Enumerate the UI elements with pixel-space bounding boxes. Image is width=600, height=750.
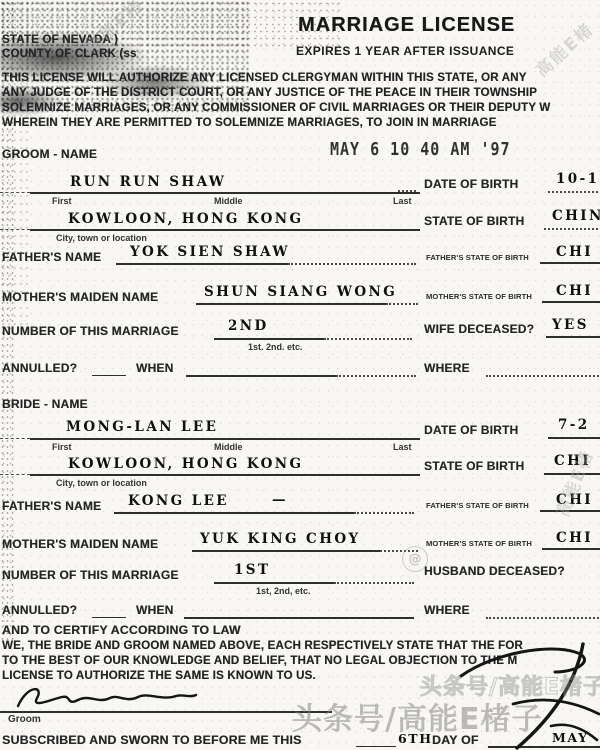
groom-city-value: KOWLOON, HONG KONG [68, 211, 303, 228]
bride-dob-label: DATE OF BIRTH [424, 423, 518, 437]
groom-mother-value: SHUN SIANG WONG [204, 284, 397, 301]
bride-section-label: BRIDE - NAME [2, 397, 88, 411]
groom-state-label: STATE OF BIRTH [424, 214, 524, 228]
bride-father-value: KONG LEE [128, 493, 229, 510]
sworn-day-value: 6TH [398, 731, 433, 746]
sworn-statement-text: SUBSCRIBED AND SWORN TO BEFORE ME THIS [2, 733, 301, 747]
groom-father-state-label: FATHER'S STATE OF BIRTH [426, 253, 529, 262]
groom-signature-label: Groom [8, 714, 41, 725]
certify-heading: AND TO CERTIFY ACCORDING TO LAW [2, 623, 241, 637]
wife-deceased-value: YES [552, 317, 589, 334]
expires-subtitle: EXPIRES 1 YEAR AFTER ISSUANCE [296, 44, 514, 58]
bride-signature [455, 642, 600, 750]
groom-where-label: WHERE [424, 361, 470, 375]
bride-where-label: WHERE [424, 603, 470, 617]
state-of-nevada-line: STATE OF NEVADA ) [2, 34, 118, 46]
authorization-line: THIS LICENSE WILL AUTHORIZE ANY LICENSED… [2, 70, 527, 85]
bride-last-sublabel: Last [393, 442, 412, 452]
bride-city-sublabel: City, town or location [56, 478, 147, 488]
groom-mother-state-value: CHI [556, 283, 593, 300]
marriage-license-document: @ @ 高能E楮 高能E楮 高能E楮 STATE OF NEVADA ) COU… [0, 0, 600, 750]
groom-middle-sublabel: Middle [214, 196, 243, 206]
bride-annulled-label: ANNULLED? [2, 603, 77, 617]
groom-section-label: GROOM - NAME [2, 147, 97, 161]
groom-when-label: WHEN [136, 361, 173, 375]
bride-when-label: WHEN [136, 603, 173, 617]
groom-dob-value: 10-1 [556, 171, 599, 188]
groom-mother-label: MOTHER'S MAIDEN NAME [2, 290, 158, 304]
bride-name-value: MONG-LAN LEE [66, 419, 218, 436]
groom-last-sublabel: Last [393, 196, 412, 206]
groom-name-value: RUN RUN SHAW [70, 174, 226, 191]
groom-state-value: CHIN [552, 208, 600, 225]
groom-father-label: FATHER'S NAME [2, 250, 101, 264]
groom-marriage-number-value: 2ND [228, 318, 269, 335]
groom-father-state-value: CHI [556, 244, 593, 261]
groom-father-value: YOK SIEN SHAW [130, 244, 290, 261]
groom-city-sublabel: City, town or location [56, 233, 147, 243]
certify-line: TO THE BEST OF OUR KNOWLEDGE AND BELIEF,… [2, 653, 517, 668]
bride-mother-label: MOTHER'S MAIDEN NAME [2, 537, 158, 551]
groom-first-sublabel: First [52, 196, 72, 206]
bride-city-value: KOWLOON, HONG KONG [68, 456, 303, 473]
bride-state-value: CHI [554, 453, 591, 470]
county-of-clark-line: COUNTY OF CLARK (ss [2, 48, 137, 60]
bride-dob-value: 7-2 [558, 417, 590, 434]
groom-annulled-label: ANNULLED? [2, 361, 77, 375]
document-title: MARRIAGE LICENSE [298, 14, 515, 37]
bride-mother-state-value: CHI [556, 530, 593, 547]
authorization-line: SOLEMNIZE MARRIAGES, OR ANY COMMISSIONER… [2, 100, 550, 115]
bride-mother-value: YUK KING CHOY [200, 531, 361, 548]
husband-deceased-label: HUSBAND DECEASED? [424, 564, 565, 578]
bride-marriage-number-value: 1ST [234, 562, 270, 579]
bride-mother-state-label: MOTHER'S STATE OF BIRTH [426, 539, 532, 548]
groom-dob-label: DATE OF BIRTH [424, 177, 518, 191]
groom-marriage-number-sublabel: 1st. 2nd. etc. [248, 342, 303, 352]
bride-marriage-number-label: NUMBER OF THIS MARRIAGE [2, 568, 179, 582]
authorization-line: WHEREIN THEY ARE PERMITTED TO SOLEMNIZE … [2, 115, 496, 130]
bride-father-dash-mark: — [272, 492, 288, 509]
wife-deceased-label: WIFE DECEASED? [424, 322, 534, 336]
authorization-line: ANY JUDGE OF THE DISTRICT COURT, OR ANY … [2, 85, 537, 100]
bride-first-sublabel: First [52, 442, 72, 452]
groom-mother-state-label: MOTHER'S STATE OF BIRTH [426, 292, 532, 301]
filing-date-stamp: MAY 6 10 40 AM '97 [330, 138, 511, 160]
certify-line: WE, THE BRIDE AND GROOM NAMED ABOVE, EAC… [2, 638, 523, 653]
groom-signature [12, 682, 202, 714]
bride-marriage-number-sublabel: 1st, 2nd, etc. [256, 586, 311, 596]
groom-marriage-number-label: NUMBER OF THIS MARRIAGE [2, 324, 179, 338]
bride-father-state-value: CHI [556, 492, 593, 509]
bride-middle-sublabel: Middle [214, 442, 243, 452]
bride-father-label: FATHER'S NAME [2, 499, 101, 513]
bride-father-state-label: FATHER'S STATE OF BIRTH [426, 501, 529, 510]
bride-state-label: STATE OF BIRTH [424, 459, 524, 473]
